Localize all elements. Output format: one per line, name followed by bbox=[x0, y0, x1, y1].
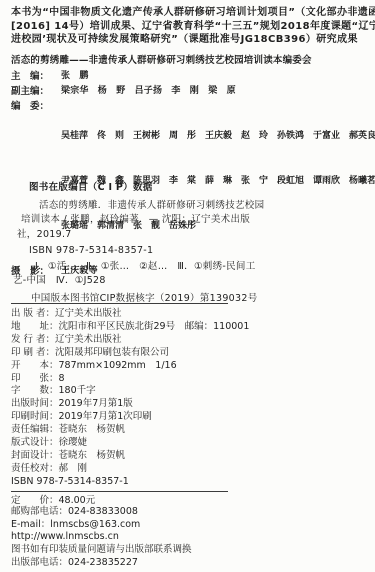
cip-body-line: 社，2019.7 bbox=[13, 228, 369, 242]
cip-section: 图书在版编目（C I P）数据 活态的剪绣雕．非遗传承人群研修研习刺绣技艺校园 … bbox=[13, 181, 369, 307]
address-value: 沈阳市和平区民族北街29号 邮编：110001 bbox=[59, 321, 250, 334]
format-row: 开 本： 787mm×1092mm 1/16 bbox=[11, 360, 369, 373]
publisher-label: 出 版 者： bbox=[11, 308, 55, 321]
layout-designer-label: 版式设计： bbox=[11, 437, 59, 450]
printer-value: 沈阳晟邦印刷包装有限公司 bbox=[55, 347, 169, 360]
responsible-editor-row: 责任编辑： 苍晓东 杨贺帆 bbox=[11, 424, 369, 437]
proofreader-label: 责任校对： bbox=[11, 463, 59, 476]
editorial-board-title: 活态的剪绣雕——非遗传承人群研修研习刺绣技艺校园培训读本编委会 bbox=[11, 53, 369, 68]
cip-record-number: 中国版本图书馆CIP数据核字（2019）第139032号 bbox=[13, 292, 369, 306]
address-row: 地 址： 沈阳市和平区民族北街29号 邮编：110001 bbox=[11, 321, 369, 334]
address-label: 地 址： bbox=[11, 321, 59, 334]
chief-editor-label: 主 编： bbox=[11, 69, 61, 84]
cip-body-line: 培训读本 / 张鹏，赵玲编著．— 沈阳：辽宁美术出版 bbox=[13, 213, 369, 227]
project-note-line: 本书为“中国非物质文化遗产传承人群研修研习培训计划项目”（文化部办非遗函 bbox=[11, 6, 369, 20]
format-label: 开 本： bbox=[11, 360, 59, 373]
distributor-label: 发 行 者： bbox=[11, 334, 55, 347]
cover-designer-value: 苍晓东 杨贺帆 bbox=[59, 450, 126, 463]
cip-classification-line: Ⅰ．①活… Ⅱ．①张… ②赵… Ⅲ．①刺绣-民间工 bbox=[13, 260, 369, 274]
word-count-label: 字 数： bbox=[11, 385, 59, 398]
deputy-editor-label: 副主编： bbox=[11, 84, 61, 99]
responsible-editor-value: 苍晓东 杨贺帆 bbox=[59, 424, 126, 437]
mail-order-phone-line: 邮购部电话：024-83833008 bbox=[11, 506, 369, 519]
cover-designer-label: 封面设计： bbox=[11, 450, 59, 463]
proofreader-value: 郝 刚 bbox=[59, 463, 88, 476]
copyright-page: 本书为“中国非物质文化遗产传承人群研修研习培训计划项目”（文化部办非遗函 [20… bbox=[0, 0, 375, 572]
project-note: 本书为“中国非物质文化遗产传承人群研修研习培训计划项目”（文化部办非遗函 [20… bbox=[11, 6, 369, 47]
printing-date-row: 印刷时间： 2019年7月第1次印刷 bbox=[11, 411, 369, 424]
deputy-editor-names: 梁宗华 杨 野 吕子扬 李 刚 梁 原 bbox=[61, 84, 236, 99]
proofreader-row: 责任校对： 郝 刚 bbox=[11, 463, 369, 476]
edition-date-row: 出版时间： 2019年7月第1版 bbox=[11, 398, 369, 411]
word-count-row: 字 数： 180千字 bbox=[11, 385, 369, 398]
cip-title: 图书在版编目（C I P）数据 bbox=[13, 181, 369, 195]
layout-designer-value: 徐璎婕 bbox=[59, 437, 88, 450]
word-count-value: 180千字 bbox=[59, 385, 96, 398]
chief-editor-names: 张 鹏 bbox=[61, 69, 89, 84]
distributor-value: 辽宁美术出版社 bbox=[55, 334, 122, 347]
publication-details-section: 出 版 者： 辽宁美术出版社 地 址： 沈阳市和平区民族北街29号 邮编：110… bbox=[11, 308, 369, 508]
cip-body-line: 活态的剪绣雕．非遗传承人群研修研习刺绣技艺校园 bbox=[13, 199, 369, 213]
distributor-row: 发 行 者： 辽宁美术出版社 bbox=[11, 334, 369, 347]
printing-date-value: 2019年7月第1次印刷 bbox=[59, 411, 152, 424]
printing-date-label: 印刷时间： bbox=[11, 411, 59, 424]
email-line: E-mail：lnmscbs@163.com bbox=[11, 519, 369, 532]
publisher-value: 辽宁美术出版社 bbox=[55, 308, 122, 321]
chief-editor-row: 主 编： 张 鹏 bbox=[11, 69, 369, 84]
sheets-label: 印 张： bbox=[11, 373, 59, 386]
format-value: 787mm×1092mm 1/16 bbox=[59, 360, 177, 373]
contact-section: 邮购部电话：024-83833008 E-mail：lnmscbs@163.co… bbox=[11, 506, 369, 570]
horizontal-rule bbox=[11, 303, 228, 304]
printer-label: 印 刷 者： bbox=[11, 347, 55, 360]
sheets-row: 印 张： 8 bbox=[11, 373, 369, 386]
deputy-editor-row: 副主编： 梁宗华 杨 野 吕子扬 李 刚 梁 原 bbox=[11, 84, 369, 99]
cip-isbn-line: ISBN 978-7-5314-8357-1 bbox=[13, 244, 369, 258]
isbn-line: ISBN 978-7-5314-8357-1 bbox=[11, 476, 369, 489]
edition-date-value: 2019年7月第1版 bbox=[59, 398, 133, 411]
quality-notice-line: 图书如有印装质量问题请与出版部联系调换 bbox=[11, 544, 369, 557]
members-label: 编 委： bbox=[11, 99, 61, 114]
horizontal-rule bbox=[11, 491, 228, 492]
website-line: http://www.lnmscbs.cn bbox=[11, 531, 369, 544]
publisher-row: 出 版 者： 辽宁美术出版社 bbox=[11, 308, 369, 321]
layout-designer-row: 版式设计： 徐璎婕 bbox=[11, 437, 369, 450]
project-note-line: 进校园’现状及可持续发展策略研究”（课题批准号JG18CB396）研究成果 bbox=[11, 33, 369, 47]
project-note-line: [2016] 14号）培训成果、辽宁省教育科学“十三五”规划2018年度课题“辽… bbox=[11, 20, 369, 34]
cip-classification-line: 艺-中国 Ⅳ．①J528 bbox=[13, 274, 369, 288]
printer-row: 印 刷 者： 沈阳晟邦印刷包装有限公司 bbox=[11, 347, 369, 360]
publishing-dept-phone-line: 出版部电话：024-23835227 bbox=[11, 557, 369, 570]
members-names-line: 吴桂萍 佟 则 王树彬 周 彤 王庆毅 赵 玲 孙铁鸿 于富业 郝英良 bbox=[61, 129, 375, 144]
sheets-value: 8 bbox=[59, 373, 65, 386]
responsible-editor-label: 责任编辑： bbox=[11, 424, 59, 437]
edition-date-label: 出版时间： bbox=[11, 398, 59, 411]
cover-designer-row: 封面设计： 苍晓东 杨贺帆 bbox=[11, 450, 369, 463]
